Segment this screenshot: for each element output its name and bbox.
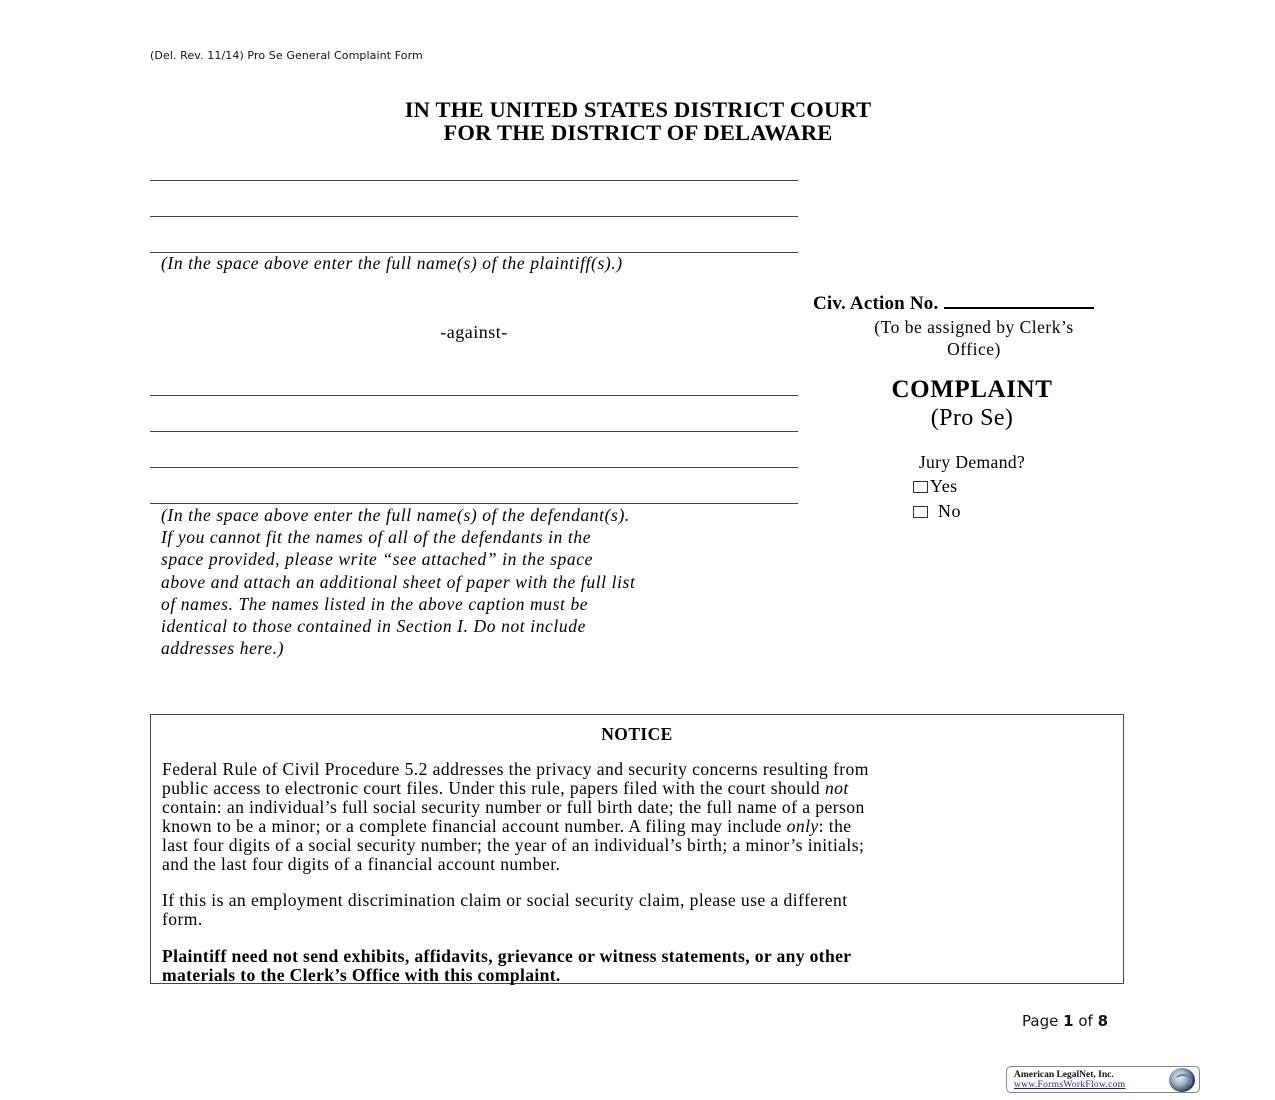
civil-action-note-line1: (To be assigned by Clerk’s bbox=[826, 316, 1122, 338]
notice-line: contain: an individual’s full social sec… bbox=[162, 798, 1117, 817]
jury-option-no-label: No bbox=[938, 501, 961, 522]
notice-line: materials to the Clerk’s Office with thi… bbox=[162, 966, 1117, 985]
defendant-instruction-line: (In the space above enter the full name(… bbox=[161, 504, 801, 526]
plaintiff-name-line-1[interactable] bbox=[150, 180, 798, 181]
jury-option-yes[interactable]: Yes bbox=[913, 476, 958, 497]
page-total: 8 bbox=[1098, 1012, 1108, 1030]
page-label: Page bbox=[1022, 1012, 1058, 1030]
publisher-link[interactable]: www.FormsWorkFlow.com bbox=[1014, 1080, 1125, 1090]
court-title-line2: FOR THE DISTRICT OF DELAWARE bbox=[300, 121, 976, 144]
notice-line-text: public access to electronic court files.… bbox=[162, 778, 825, 798]
defendant-instruction-line: space provided, please write “see attach… bbox=[161, 548, 801, 570]
plaintiff-instruction: (In the space above enter the full name(… bbox=[161, 253, 623, 274]
defendant-name-line-1[interactable] bbox=[150, 395, 798, 396]
publisher-badge[interactable]: American LegalNet, Inc. www.FormsWorkFlo… bbox=[1006, 1066, 1200, 1093]
notice-line: known to be a minor; or a complete finan… bbox=[162, 817, 1117, 836]
defendant-instruction-line: If you cannot fit the names of all of th… bbox=[161, 526, 801, 548]
page-current: 1 bbox=[1063, 1012, 1073, 1030]
notice-title: NOTICE bbox=[151, 724, 1123, 745]
notice-line: and the last four digits of a financial … bbox=[162, 855, 1117, 874]
page-of: of bbox=[1078, 1012, 1092, 1030]
defendant-instruction-line: identical to those contained in Section … bbox=[161, 615, 801, 637]
civil-action-label: Civ. Action No. bbox=[813, 293, 938, 314]
defendant-instruction-line: of names. The names listed in the above … bbox=[161, 593, 801, 615]
court-title: IN THE UNITED STATES DISTRICT COURT FOR … bbox=[300, 98, 976, 144]
emphasis-only: only bbox=[787, 816, 819, 836]
checkbox-no[interactable] bbox=[913, 506, 928, 518]
jury-demand-label: Jury Demand? bbox=[822, 452, 1122, 473]
jury-option-yes-label: Yes bbox=[930, 476, 958, 497]
plaintiff-name-line-2[interactable] bbox=[150, 216, 798, 217]
checkbox-yes[interactable] bbox=[913, 481, 928, 493]
notice-different-form-paragraph: If this is an employment discrimination … bbox=[162, 891, 1117, 929]
jury-option-no[interactable]: No bbox=[913, 501, 961, 522]
defendant-name-line-2[interactable] bbox=[150, 431, 798, 432]
notice-line: Federal Rule of Civil Procedure 5.2 addr… bbox=[162, 760, 1117, 779]
defendant-name-line-3[interactable] bbox=[150, 467, 798, 468]
emphasis-not: not bbox=[825, 778, 849, 798]
defendant-instruction: (In the space above enter the full name(… bbox=[161, 504, 801, 659]
defendant-instruction-line: addresses here.) bbox=[161, 637, 801, 659]
civil-action-number-field[interactable] bbox=[944, 293, 1094, 309]
against-label: -against- bbox=[150, 322, 798, 343]
civil-action-number: Civ. Action No. bbox=[813, 293, 1094, 315]
notice-line-text: known to be a minor; or a complete finan… bbox=[162, 816, 787, 836]
page-number: Page 1 of 8 bbox=[1022, 1012, 1108, 1030]
defendant-instruction-line: above and attach an additional sheet of … bbox=[161, 571, 801, 593]
publisher-name: American LegalNet, Inc. bbox=[1014, 1070, 1114, 1080]
notice-exhibits-paragraph: Plaintiff need not send exhibits, affida… bbox=[162, 947, 1117, 985]
notice-line: If this is an employment discrimination … bbox=[162, 891, 1117, 910]
civil-action-note: (To be assigned by Clerk’s Office) bbox=[826, 316, 1122, 360]
notice-line-suffix: : the bbox=[819, 816, 852, 836]
document-subtitle: (Pro Se) bbox=[822, 405, 1122, 432]
notice-line: form. bbox=[162, 910, 1117, 929]
globe-logo-icon bbox=[1169, 1068, 1195, 1092]
civil-action-note-line2: Office) bbox=[826, 338, 1122, 360]
notice-line: Plaintiff need not send exhibits, affida… bbox=[162, 947, 1117, 966]
notice-line: public access to electronic court files.… bbox=[162, 779, 1117, 798]
notice-box: NOTICE Federal Rule of Civil Procedure 5… bbox=[150, 714, 1124, 984]
notice-privacy-paragraph: Federal Rule of Civil Procedure 5.2 addr… bbox=[162, 760, 1117, 874]
court-title-line1: IN THE UNITED STATES DISTRICT COURT bbox=[300, 98, 976, 121]
notice-line: last four digits of a social security nu… bbox=[162, 836, 1117, 855]
form-revision-label: (Del. Rev. 11/14) Pro Se General Complai… bbox=[150, 49, 423, 62]
document-title: COMPLAINT bbox=[822, 376, 1122, 404]
